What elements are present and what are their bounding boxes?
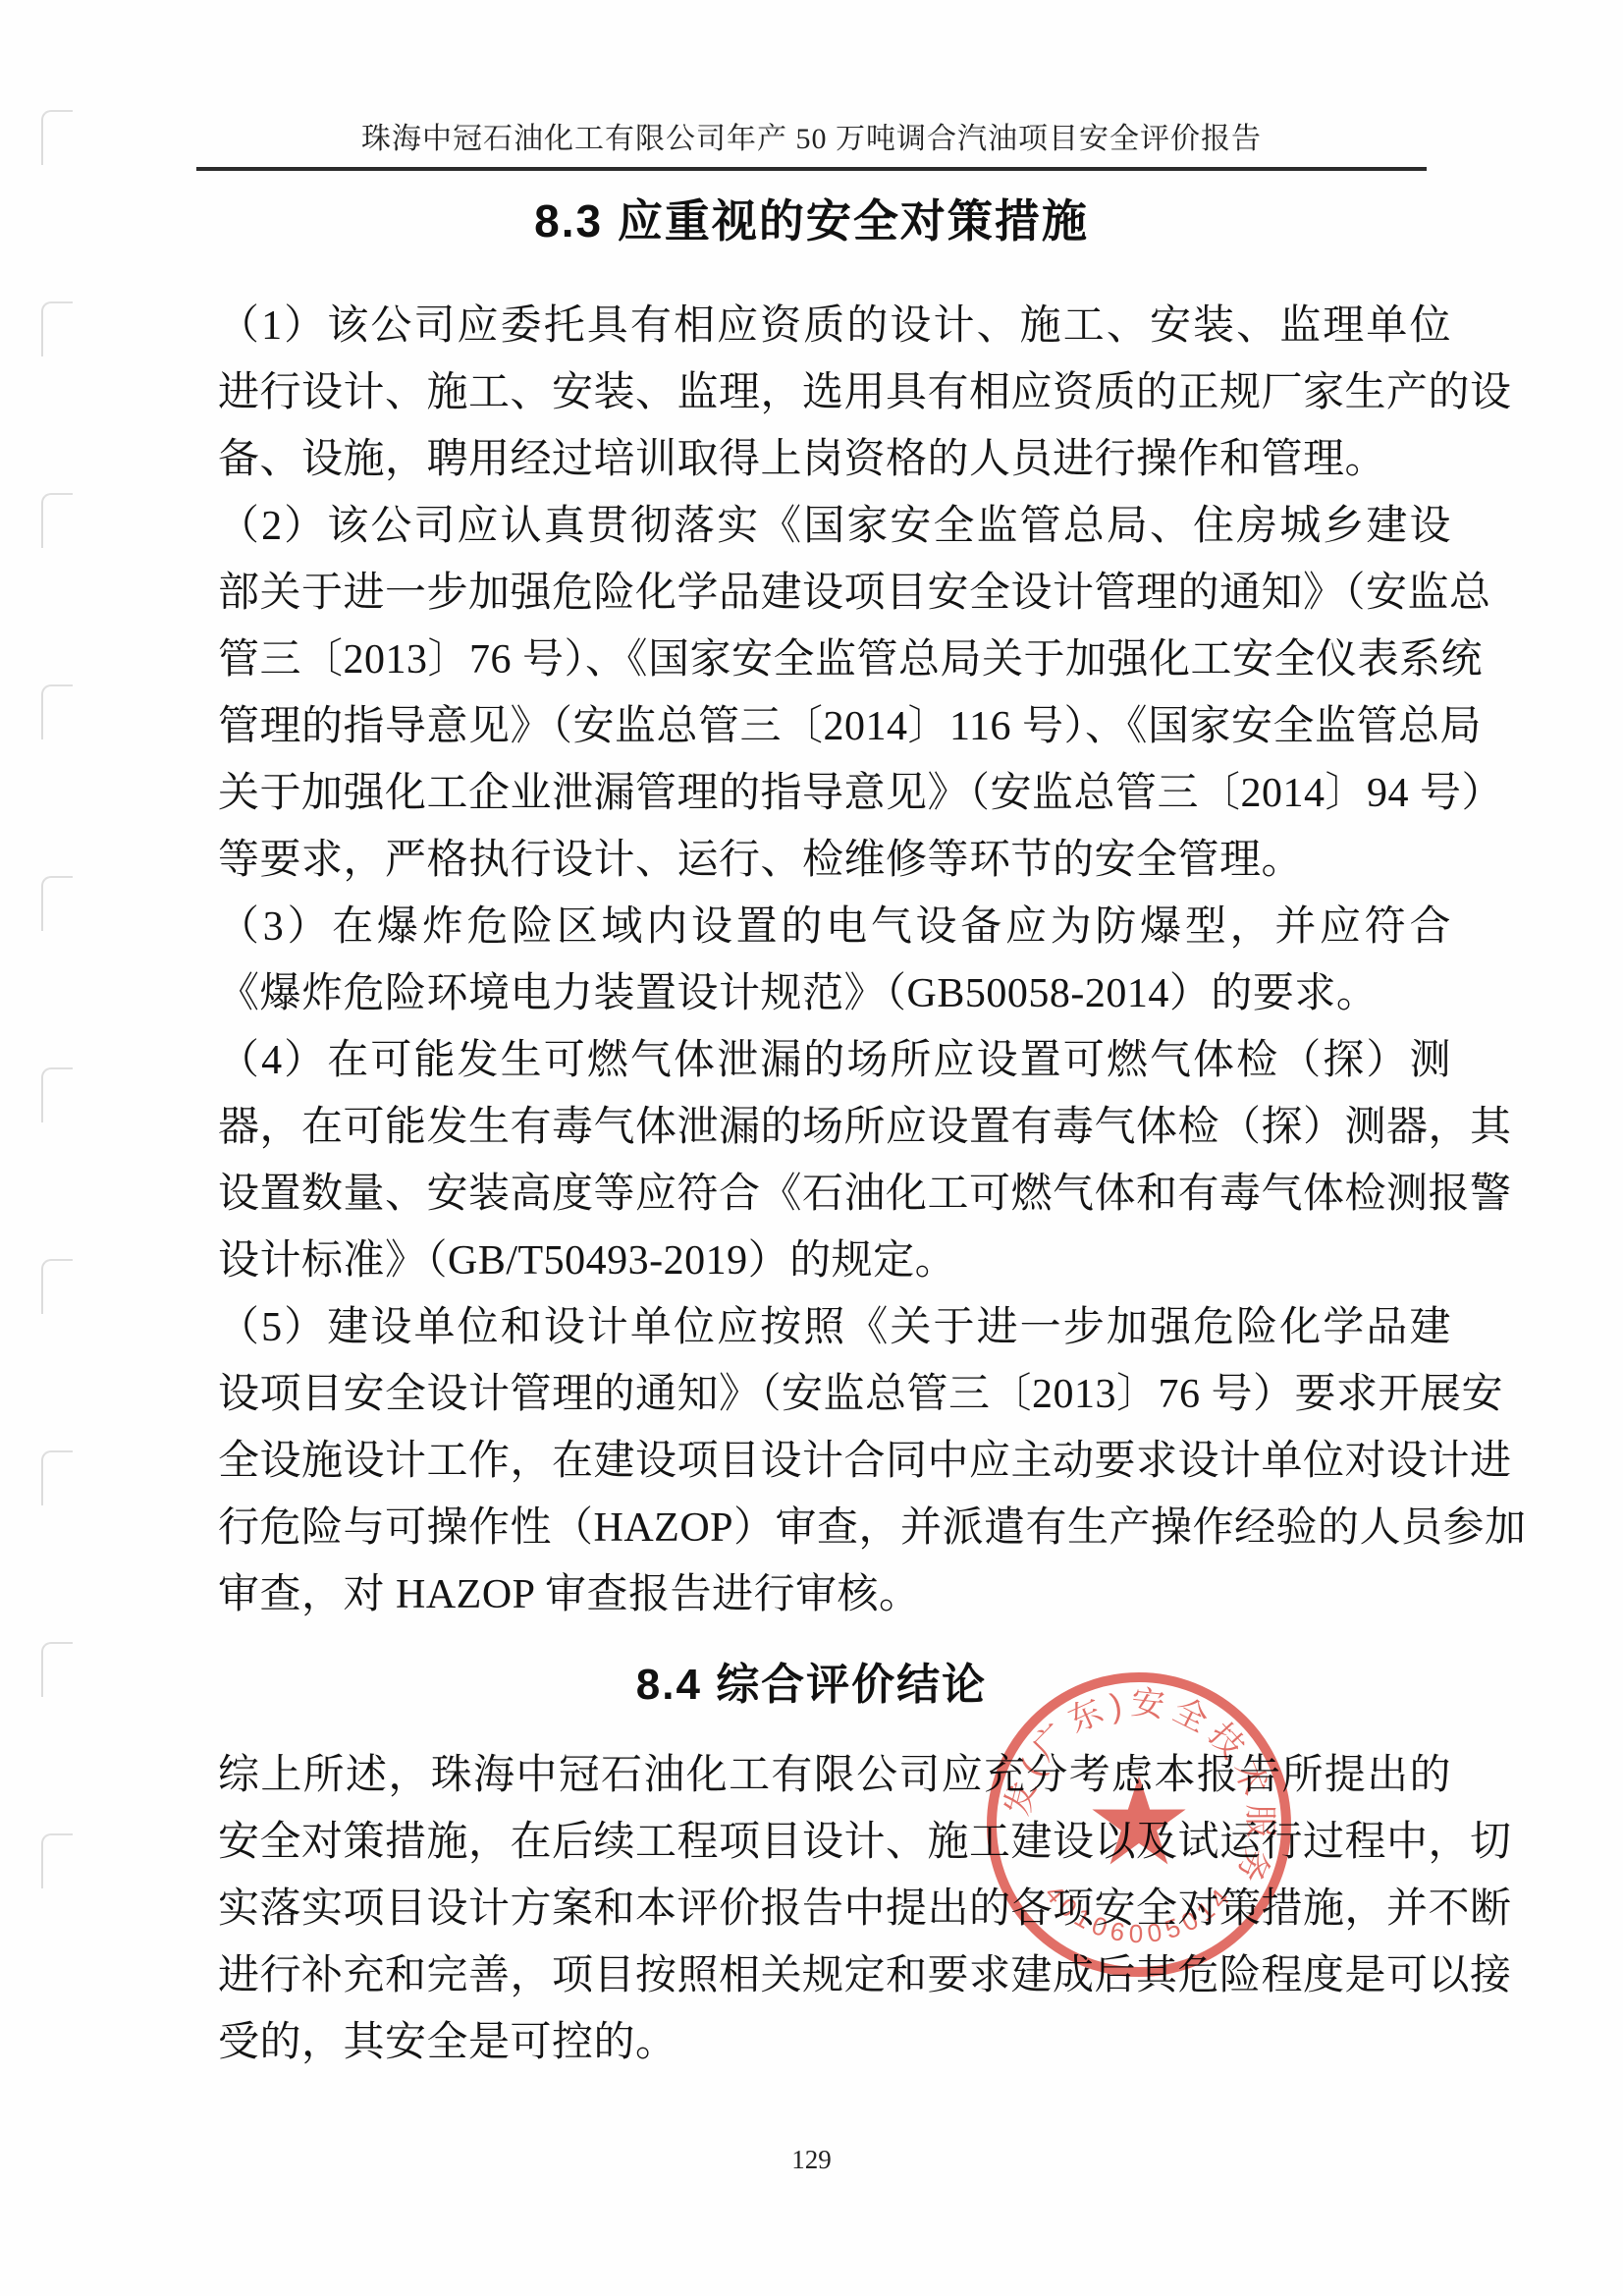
- text-line: 《爆炸危险环境电力装置设计规范》（GB50058-2014）的要求。: [218, 960, 1451, 1027]
- text-line: 关于加强化工企业泄漏管理的指导意见》（安监总管三〔2014〕94 号）: [218, 760, 1451, 827]
- running-header: 珠海中冠石油化工有限公司年产 50 万吨调合汽油项目安全评价报告: [0, 0, 1623, 171]
- scan-artifact: [41, 876, 73, 931]
- text-line: 行危险与可操作性（HAZOP）审查，并派遣有生产操作经验的人员参加: [218, 1495, 1451, 1561]
- paragraph-6: 综上所述，珠海中冠石油化工有限公司应充分考虑本报告所提出的 安全对策措施，在后续…: [218, 1742, 1451, 2076]
- text-line: 设项目安全设计管理的通知》（安监总管三〔2013〕76 号）要求开展安: [218, 1361, 1451, 1428]
- text-line: 审查，对 HAZOP 审查报告进行审核。: [218, 1561, 1451, 1628]
- page-number: 129: [0, 2145, 1623, 2175]
- text-line: 管理的指导意见》（安监总管三〔2014〕116 号）、《国家安全监管总局: [218, 693, 1451, 760]
- paragraph-5: （5）建设单位和设计单位应按照《关于进一步加强危险化学品建 设项目安全设计管理的…: [218, 1294, 1451, 1628]
- section-8-3-heading: 8.3 应重视的安全对策措施: [0, 192, 1623, 249]
- text-line: 备、设施，聘用经过培训取得上岗资格的人员进行操作和管理。: [218, 426, 1451, 493]
- text-line: 进行设计、施工、安装、监理，选用具有相应资质的正规厂家生产的设: [218, 359, 1451, 426]
- text-line: （3）在爆炸危险区域内设置的电气设备应为防爆型，并应符合: [218, 894, 1451, 960]
- scan-artifact: [41, 1642, 73, 1697]
- text-line: （2）该公司应认真贯彻落实《国家安全监管总局、住房城乡建设: [218, 493, 1451, 560]
- text-line: 受的，其安全是可控的。: [218, 2009, 1451, 2076]
- document-page: 珠海中冠石油化工有限公司年产 50 万吨调合汽油项目安全评价报告 8.3 应重视…: [0, 0, 1623, 2296]
- text-line: 部关于进一步加强危险化学品建设项目安全设计管理的通知》（安监总: [218, 560, 1451, 627]
- scan-artifact: [41, 1067, 73, 1122]
- text-line: 安全对策措施，在后续工程项目设计、施工建设以及试运行过程中，切: [218, 1809, 1451, 1876]
- text-line: （5）建设单位和设计单位应按照《关于进一步加强危险化学品建: [218, 1294, 1451, 1361]
- scan-artifact: [41, 684, 73, 739]
- paragraph-3: （3）在爆炸危险区域内设置的电气设备应为防爆型，并应符合 《爆炸危险环境电力装置…: [218, 894, 1451, 1027]
- section-8-4-heading: 8.4 综合评价结论: [0, 1658, 1623, 1713]
- section-8-3-body: （1）该公司应委托具有相应资质的设计、施工、安装、监理单位 进行设计、施工、安装…: [218, 293, 1451, 1628]
- scan-artifact: [41, 1833, 73, 1888]
- scan-artifact: [41, 1450, 73, 1505]
- text-line: 器，在可能发生有毒气体泄漏的场所应设置有毒气体检（探）测器，其: [218, 1094, 1451, 1161]
- header-rule: [196, 167, 1427, 171]
- text-line: 全设施设计工作，在建设项目设计合同中应主动要求设计单位对设计进: [218, 1428, 1451, 1495]
- scan-artifact: [41, 301, 73, 356]
- text-line: （1）该公司应委托具有相应资质的设计、施工、安装、监理单位: [218, 293, 1451, 359]
- running-header-title: 珠海中冠石油化工有限公司年产 50 万吨调合汽油项目安全评价报告: [0, 122, 1623, 157]
- text-line: 综上所述，珠海中冠石油化工有限公司应充分考虑本报告所提出的: [218, 1742, 1451, 1809]
- text-line: 进行补充和完善，项目按照相关规定和要求建成后其危险程度是可以接: [218, 1942, 1451, 2009]
- paragraph-1: （1）该公司应委托具有相应资质的设计、施工、安装、监理单位 进行设计、施工、安装…: [218, 293, 1451, 493]
- text-line: 设置数量、安装高度等应符合《石油化工可燃气体和有毒气体检测报警: [218, 1161, 1451, 1228]
- text-line: 等要求，严格执行设计、运行、检维修等环节的安全管理。: [218, 827, 1451, 894]
- section-8-4-body: 综上所述，珠海中冠石油化工有限公司应充分考虑本报告所提出的 安全对策措施，在后续…: [218, 1742, 1451, 2076]
- paragraph-4: （4）在可能发生可燃气体泄漏的场所应设置可燃气体检（探）测 器，在可能发生有毒气…: [218, 1027, 1451, 1294]
- text-line: 设计标准》（GB/T50493-2019）的规定。: [218, 1228, 1451, 1294]
- scan-artifact: [41, 493, 73, 548]
- scan-artifact: [41, 110, 73, 165]
- text-line: 实落实项目设计方案和本评价报告中提出的各项安全对策措施，并不断: [218, 1876, 1451, 1942]
- text-line: （4）在可能发生可燃气体泄漏的场所应设置可燃气体检（探）测: [218, 1027, 1451, 1094]
- scan-artifact: [41, 1259, 73, 1314]
- text-line: 管三〔2013〕76 号）、《国家安全监管总局关于加强化工安全仪表系统: [218, 627, 1451, 693]
- paragraph-2: （2）该公司应认真贯彻落实《国家安全监管总局、住房城乡建设 部关于进一步加强危险…: [218, 493, 1451, 894]
